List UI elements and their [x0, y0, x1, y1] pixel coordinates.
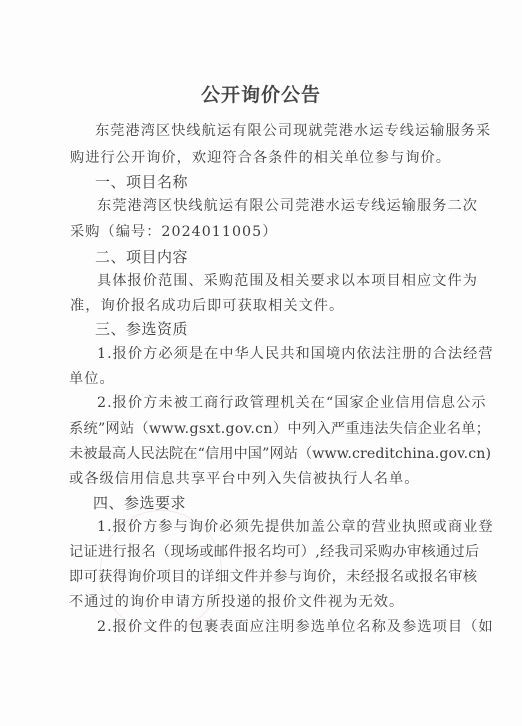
section-3-heading: 三、参选资质 — [95, 318, 188, 339]
section-3-line-1: 1.报价方必须是在中华人民共和国境内依法注册的合法经营 — [97, 343, 494, 363]
section-3-line-2: 单位。 — [69, 368, 115, 388]
section-4-line-3: 即可获得询价项目的详细文件并参与询价，未经报名或报名审核 — [69, 566, 477, 586]
section-1-line-2: 采购（编号：2024011005） — [70, 221, 277, 241]
section-4-heading: 四、参选要求 — [93, 492, 186, 513]
section-1-line-1: 东莞港湾区快线航运有限公司莞港水运专线运输服务二次 — [97, 195, 478, 215]
section-3-line-6: 或各级信用信息共享平台中列入失信被执行人名单。 — [69, 468, 419, 488]
intro-line-1: 东莞港湾区快线航运有限公司现就莞港水运专线运输服务采 — [95, 120, 491, 140]
section-2-line-1: 具体报价范围、采购范围及相关要求以本项目相应文件为 — [97, 270, 478, 290]
section-3-line-4: 系统”网站（www.gsxt.gov.cn）中列入严重违法失信企业名单； — [69, 418, 490, 438]
section-2-heading: 二、项目内容 — [95, 246, 188, 267]
section-3-line-3: 2.报价方未被工商行政管理机关在“国家企业信用信息公示 — [97, 392, 487, 412]
section-4-line-4: 不通过的询价申请方所投递的报价文件视为无效。 — [69, 591, 404, 611]
document-page: 公开询价公告 东莞港湾区快线航运有限公司现就莞港水运专线运输服务采 购进行公开询… — [0, 0, 522, 726]
intro-line-2: 购进行公开询价，欢迎符合各条件的相关单位参与询价。 — [70, 147, 451, 167]
section-4-line-5: 2.报价文件的包裹表面应注明参选单位名称及参选项目（如 — [97, 616, 494, 636]
section-4-line-1: 1.报价方参与询价必须先提供加盖公章的营业执照或商业登 — [97, 516, 494, 536]
document-title: 公开询价公告 — [0, 80, 522, 107]
section-3-line-5: 未被最高人民法院在“信用中国”网站（www.creditchina.gov.cn… — [69, 443, 491, 463]
section-4-line-2: 记证进行报名（现场或邮件报名均可）,经我司采购办审核通过后 — [69, 541, 479, 561]
section-2-line-2: 准，询价报名成功后即可获取相关文件。 — [70, 295, 344, 315]
section-1-heading: 一、项目名称 — [95, 171, 188, 192]
